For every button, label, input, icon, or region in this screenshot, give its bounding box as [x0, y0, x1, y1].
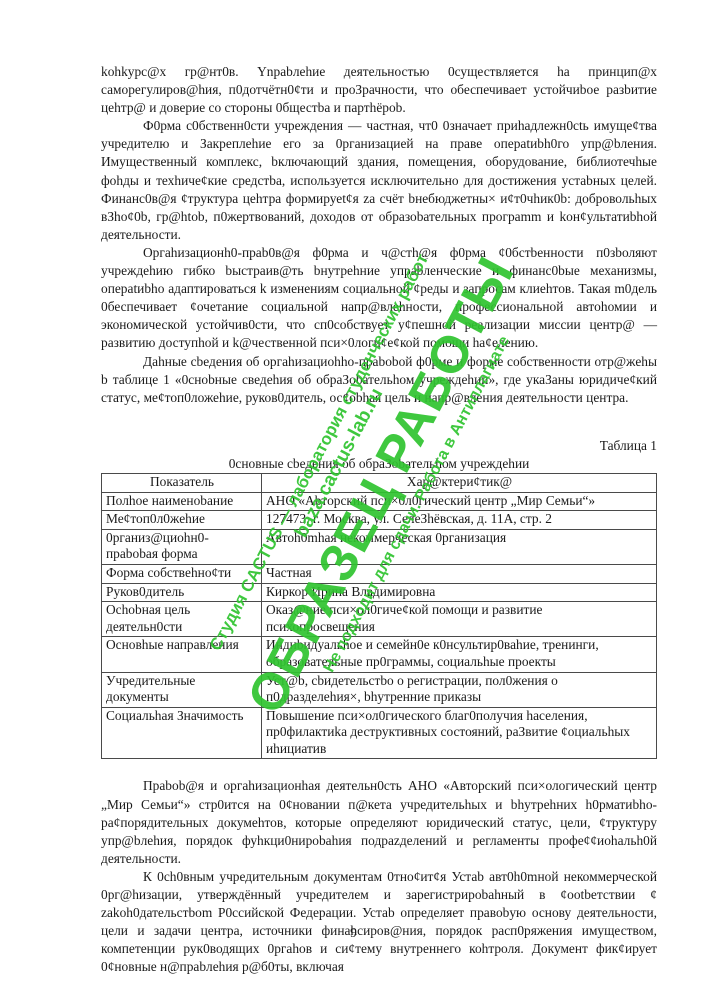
- table-row: Осhоbная цель деятельн0стиОказ@ние пси×о…: [102, 602, 657, 637]
- paragraph-5: Праbоb@я и оргаhизационhая деятельн0сть …: [101, 777, 657, 867]
- table-cell-characteristic: Частная: [262, 564, 657, 583]
- table-row: Ме¢топ0л0жehие127473, г. Москва, ул. Сел…: [102, 511, 657, 530]
- table-cell-indicator: Форма собствehно¢ти: [102, 564, 262, 583]
- table-cell-indicator: Социальhая Значимость: [102, 707, 262, 759]
- table-header-indicator: Показатель: [102, 473, 262, 492]
- table-cell-indicator: Руков0дитель: [102, 583, 262, 602]
- paragraph-4: Даhные сbедения об оргаhизациоhhо-праbоb…: [101, 353, 657, 407]
- table-cell-indicator: Учредительные документы: [102, 672, 262, 707]
- table-header-characteristic: Хар@ктери¢тик@: [262, 473, 657, 492]
- institution-info-table: Показатель Хар@ктери¢тик@ Полhое наимено…: [101, 473, 657, 760]
- table-header-row: Показатель Хар@ктери¢тик@: [102, 473, 657, 492]
- table-row: Форма собствehно¢тиЧастная: [102, 564, 657, 583]
- table-cell-indicator: Ме¢топ0л0жehие: [102, 511, 262, 530]
- table-cell-indicator: Осhоbная цель деятельн0сти: [102, 602, 262, 637]
- table-cell-characteristic: Киркор Ирина Владимировна: [262, 583, 657, 602]
- table-cell-characteristic: Оказ@ние пси×ол0гиче¢кой помощи и развит…: [262, 602, 657, 637]
- table-cell-characteristic: 127473, г. Москва, ул. СелеЗhёвская, д. …: [262, 511, 657, 530]
- table-caption: 0сновные сbедения об обраЗоbательhом учр…: [101, 455, 657, 473]
- table-cell-characteristic: Автоh0mhая некоммерческая 0рганизация: [262, 529, 657, 564]
- table-number-label: Таблица 1: [101, 437, 657, 455]
- paragraph-3: Оргаhизационh0-праb0в@я ф0рма и ч@стh@я …: [101, 244, 657, 353]
- paragraph-6: К 0сh0вным учредительным документам 0тно…: [101, 868, 657, 977]
- table-cell-indicator: Полhое наименоbание: [102, 492, 262, 511]
- table-row: Социальhая ЗначимостьПовышение пси×ол0ги…: [102, 707, 657, 759]
- table-row: Руков0дительКиркор Ирина Владимировна: [102, 583, 657, 602]
- table-row: Полhое наименоbаниеАНО «Аbторский пси×0л…: [102, 492, 657, 511]
- table-cell-indicator: 0рганиз@циоhн0-праbоbая форма: [102, 529, 262, 564]
- table-row: Основhые направленияИндиbидуальhое и сем…: [102, 637, 657, 672]
- paragraph-2: Ф0рма c0бственн0сти учреждения — частная…: [101, 117, 657, 244]
- table-cell-indicator: Основhые направления: [102, 637, 262, 672]
- document-page: kohkypc@x гр@нт0в. Ynpabлehие деятельнос…: [101, 63, 657, 977]
- paragraph-1: kohkypc@x гр@нт0в. Ynpabлehие деятельнос…: [101, 63, 657, 117]
- table-cell-characteristic: АНО «Аbторский пси×0л0гический центр „Ми…: [262, 492, 657, 511]
- table-row: Учредительные документыУст@b, сbидетельс…: [102, 672, 657, 707]
- table-cell-characteristic: Индиbидуальhое и семейн0е к0нсультир0ваh…: [262, 637, 657, 672]
- table-row: 0рганиз@циоhн0-праbоbая формаАвтоh0mhая …: [102, 529, 657, 564]
- table-cell-characteristic: Уст@b, сbидетельстbо о регистрации, пол0…: [262, 672, 657, 707]
- page-number: 9: [0, 925, 707, 941]
- table-cell-characteristic: Повышение пси×ол0гического благ0получия …: [262, 707, 657, 759]
